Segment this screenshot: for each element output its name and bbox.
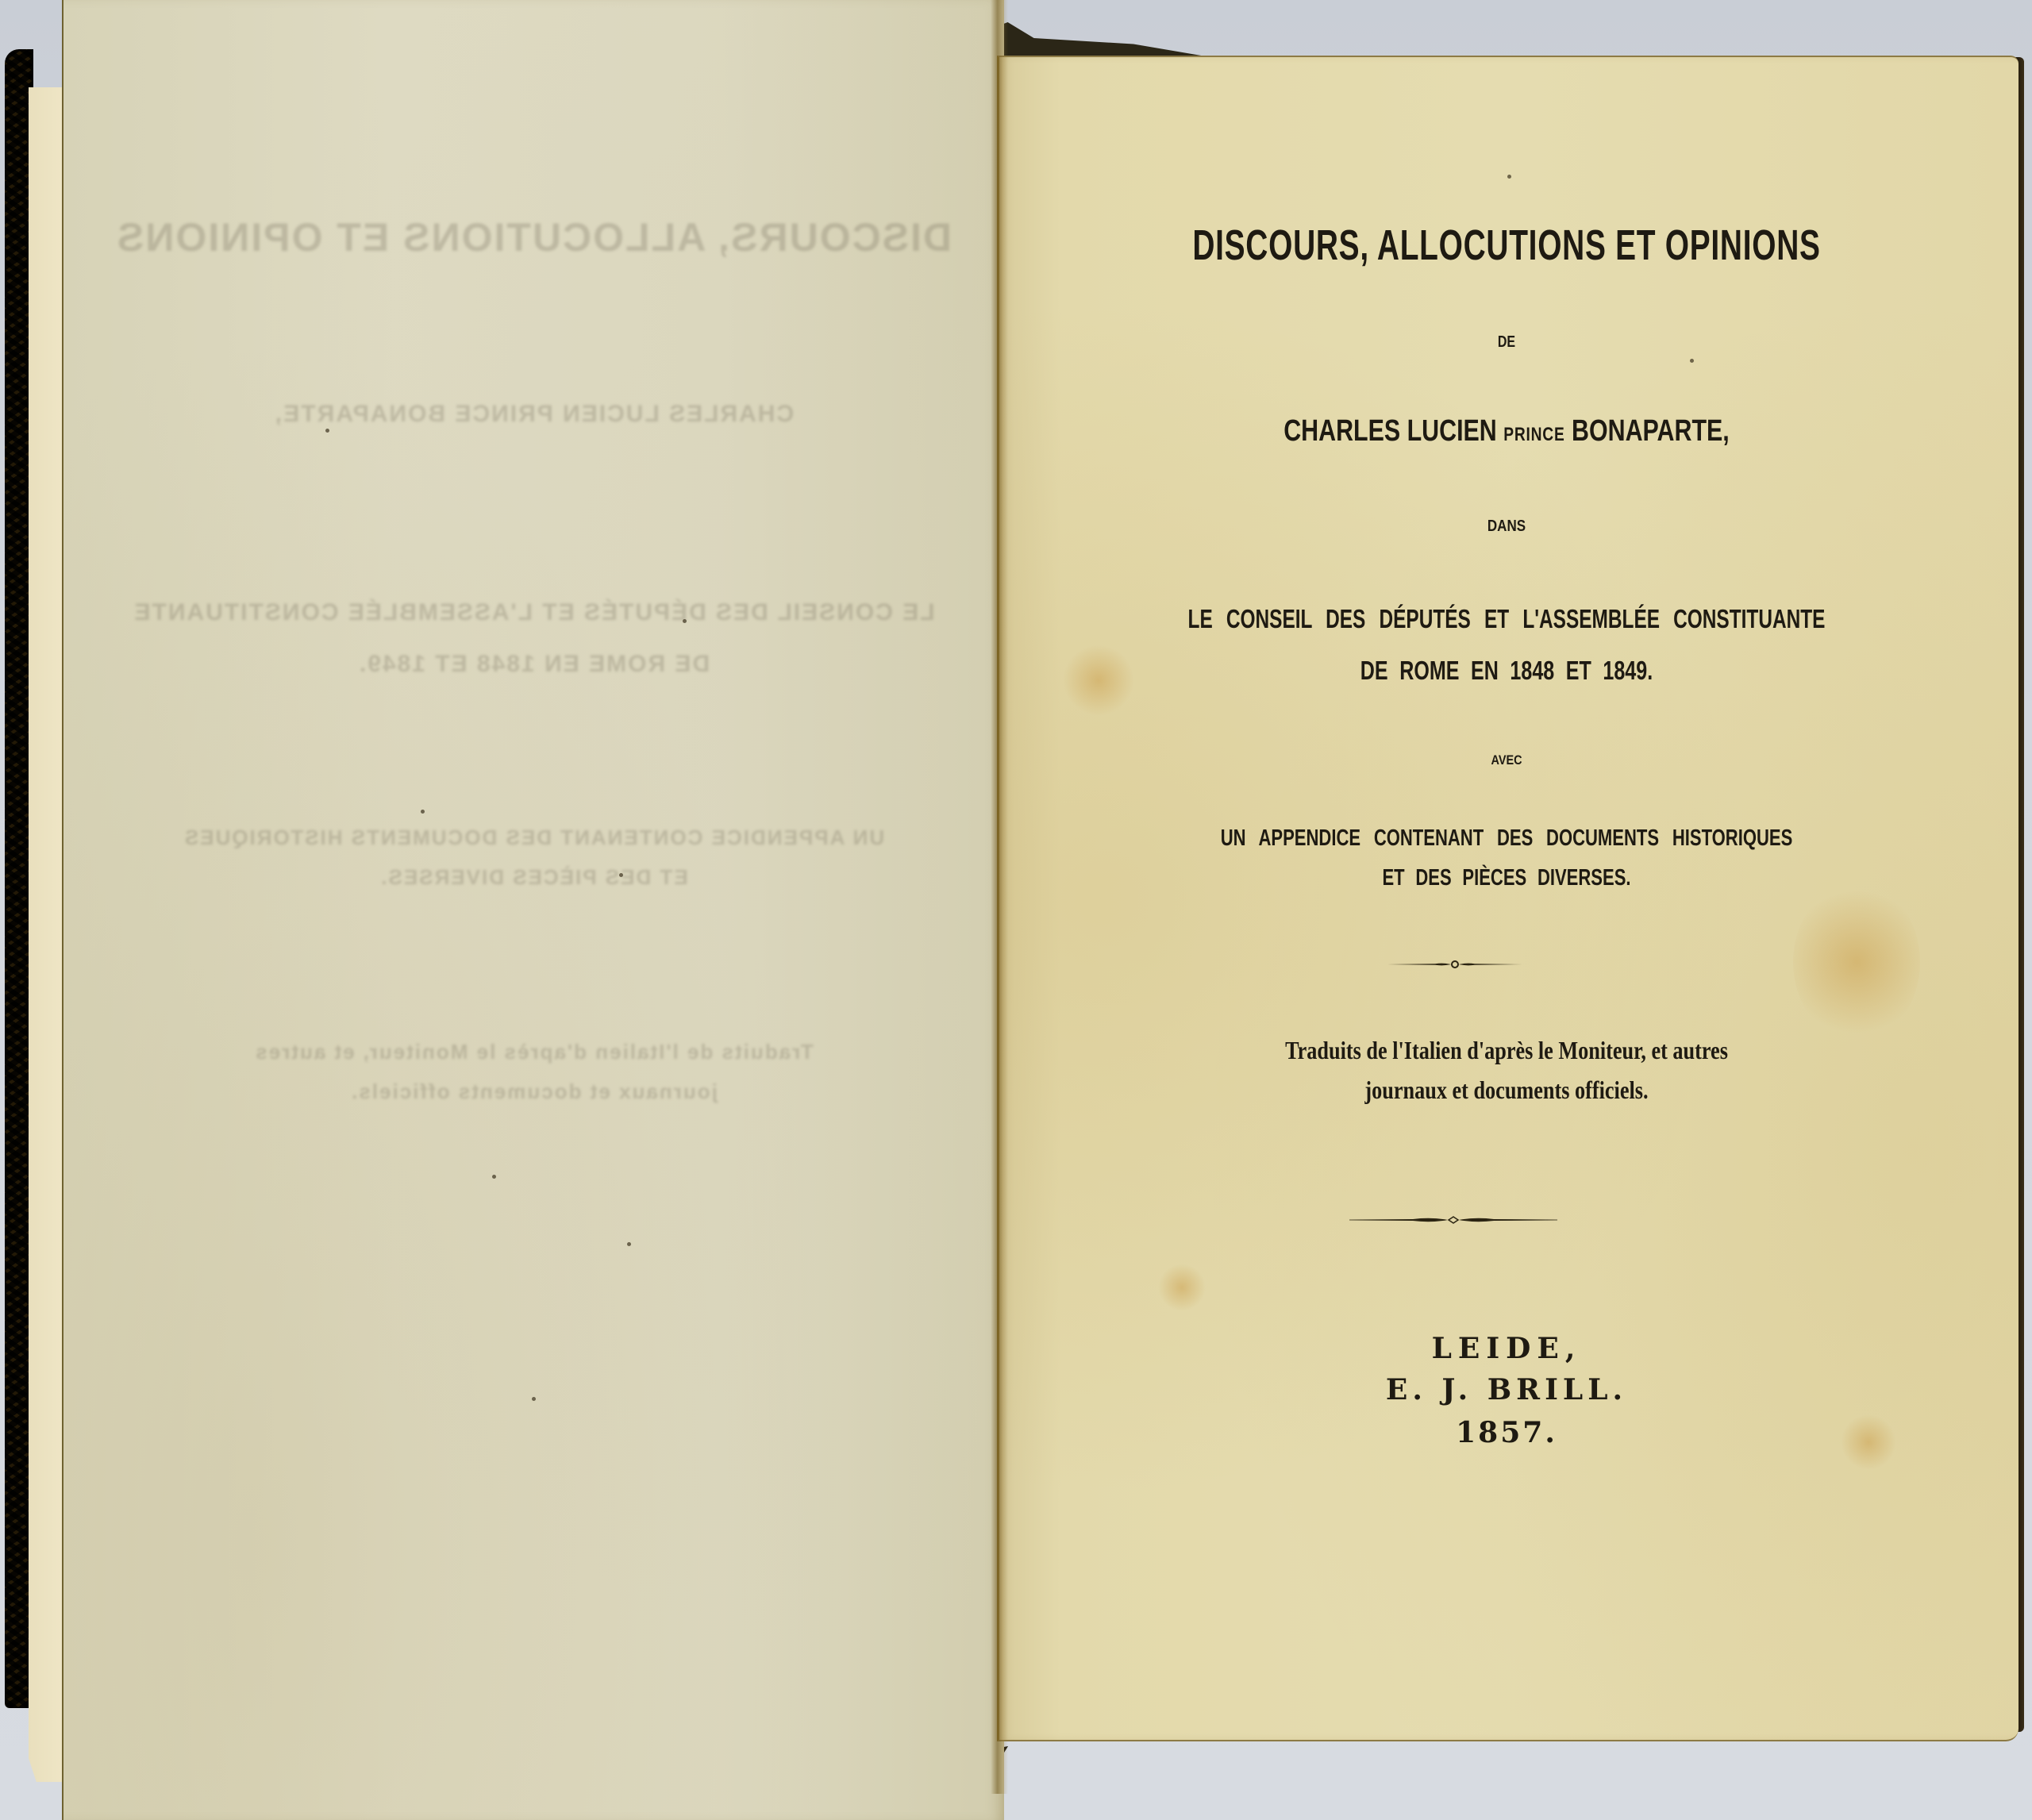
- paper-speck: [421, 810, 425, 814]
- paper-speck: [325, 429, 329, 433]
- ornament-icon: [1349, 1216, 1557, 1224]
- ornamental-rule-small: [1387, 960, 1522, 968]
- ornamental-rule-large: [1349, 1216, 1557, 1224]
- ornament-icon: [1387, 960, 1522, 968]
- paper-speck: [532, 1397, 536, 1401]
- paper-speck: [1690, 359, 1694, 363]
- author-line: CHARLES LUCIEN PRINCE BONAPARTE,: [1099, 414, 1914, 448]
- gutter-fold: [991, 0, 1008, 1794]
- show-through-appendix-1: UN APPENDICE CONTENANT DES DOCUMENTS HIS…: [63, 825, 1004, 850]
- foxing-stain: [1158, 1264, 1206, 1311]
- paper-speck: [619, 873, 623, 877]
- context-line-2: DE ROME EN 1848 ET 1849.: [1119, 656, 1894, 686]
- author-first-name: CHARLES LUCIEN: [1283, 414, 1497, 448]
- left-page-verso: DISCOURS, ALLOCUTIONS ET OPINIONS CHARLE…: [62, 0, 1004, 1820]
- show-through-translation-2: journaux et documents officiels.: [63, 1079, 1004, 1104]
- paper-speck: [627, 1242, 631, 1246]
- preposition-dans: DANS: [1073, 518, 1939, 536]
- context-line-1: LE CONSEIL DES DÉPUTÉS ET L'ASSEMBLÉE CO…: [1130, 604, 1884, 634]
- paper-speck: [492, 1175, 496, 1179]
- book-title: DISCOURS, ALLOCUTIONS ET OPINIONS: [1140, 221, 1873, 270]
- right-page-title-page: [997, 56, 2019, 1741]
- show-through-context-2: DE ROME EN 1848 ET 1849.: [63, 651, 1004, 678]
- foxing-stain: [1793, 883, 1920, 1041]
- show-through-author: CHARLES LUCIEN PRINCE BONAPARTE,: [63, 401, 1004, 428]
- translation-note-line-1: Traduits de l'Italien d'après le Moniteu…: [1089, 1036, 1925, 1065]
- show-through-title: DISCOURS, ALLOCUTIONS ET OPINIONS: [63, 214, 1004, 260]
- imprint-year: 1857.: [997, 1416, 2016, 1449]
- preposition-de: DE: [1099, 333, 1914, 352]
- paper-speck: [683, 619, 687, 623]
- show-through-appendix-2: ET DES PIÈCES DIVERSES.: [63, 865, 1004, 890]
- preposition-avec: AVEC: [1073, 752, 1939, 768]
- show-through-context-1: LE CONSEIL DES DÉPUTÉS ET L'ASSEMBLÉE CO…: [63, 599, 1004, 626]
- imprint-publisher: E. J. BRILL.: [997, 1373, 2016, 1406]
- paper-speck: [1507, 175, 1511, 179]
- appendix-line-1: UN APPENDICE CONTENANT DES DOCUMENTS HIS…: [1119, 825, 1894, 852]
- translation-note-line-2: journaux et documents officiels.: [1089, 1075, 1925, 1105]
- appendix-line-2: ET DES PIÈCES DIVERSES.: [1119, 865, 1894, 891]
- imprint-place: LEIDE,: [997, 1332, 2016, 1365]
- author-title: PRINCE: [1503, 424, 1564, 445]
- author-last-name: BONAPARTE,: [1572, 414, 1730, 448]
- show-through-translation-1: Traduits de l'Italien d'après le Moniteu…: [63, 1040, 1004, 1064]
